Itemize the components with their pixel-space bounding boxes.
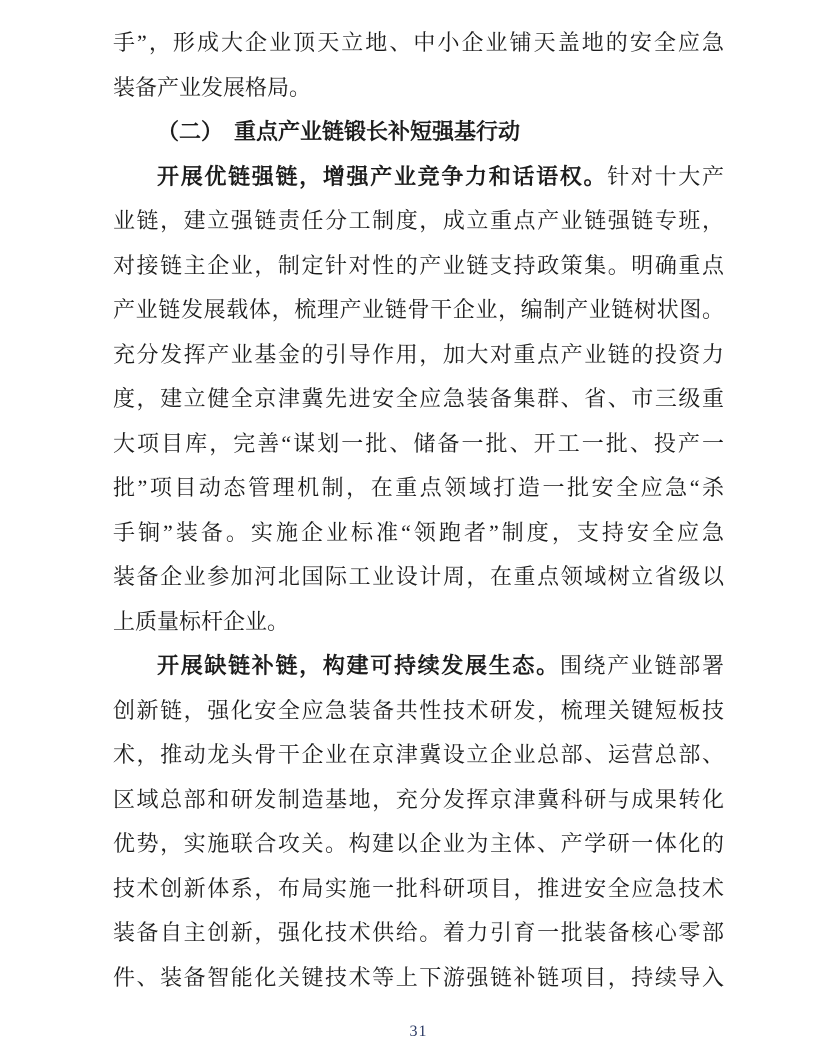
text-line: 技术创新体系，布局实施一批科研项目，推进安全应急技术 <box>113 867 724 912</box>
body-text: 优势，实施联合攻关。构建以企业为主体、产学研一体化的 <box>113 831 724 856</box>
body-text: 大项目库，完善“谋划一批、储备一批、开工一批、投产一 <box>113 431 724 456</box>
document-lines: 手”，形成大企业顶天立地、中小企业铺天盖地的安全应急装备产业发展格局。（二） 重… <box>113 21 724 1000</box>
body-text: 批”项目动态管理机制，在重点领域打造一批安全应急“杀 <box>113 475 724 500</box>
text-line: 充分发挥产业基金的引导作用，加大对重点产业链的投资力 <box>113 333 724 378</box>
text-line: 业链，建立强链责任分工制度，成立重点产业链强链专班， <box>113 199 724 244</box>
text-line: （二） 重点产业链锻长补短强基行动 <box>113 110 724 155</box>
body-text: 创新链，强化安全应急装备共性技术研发，梳理关键短板技 <box>113 698 724 723</box>
body-text: 围绕产业链部署 <box>560 653 724 678</box>
body-text: 术，推动龙头骨干企业在京津冀设立企业总部、运营总部、 <box>113 742 724 767</box>
text-line: 手”，形成大企业顶天立地、中小企业铺天盖地的安全应急 <box>113 21 724 66</box>
body-text: 产业链发展载体，梳理产业链骨干企业，编制产业链树状图。 <box>113 297 724 322</box>
text-line: 件、装备智能化关键技术等上下游强链补链项目，持续导入 <box>113 956 724 1001</box>
body-text: 装备自主创新，强化技术供给。着力引育一批装备核心零部 <box>113 920 724 945</box>
text-line: 开展优链强链，增强产业竞争力和话语权。针对十大产 <box>113 155 724 200</box>
text-line: 度，建立健全京津冀先进安全应急装备集群、省、市三级重 <box>113 377 724 422</box>
body-text: 上质量标杆企业。 <box>113 609 289 634</box>
text-line: 手锏”装备。实施企业标准“领跑者”制度，支持安全应急 <box>113 511 724 556</box>
text-line: 产业链发展载体，梳理产业链骨干企业，编制产业链树状图。 <box>113 288 724 333</box>
body-text: 区域总部和研发制造基地，充分发挥京津冀科研与成果转化 <box>113 787 724 812</box>
text-line: 区域总部和研发制造基地，充分发挥京津冀科研与成果转化 <box>113 778 724 823</box>
emphasis-text: 开展优链强链，增强产业竞争力和话语权。 <box>157 164 607 189</box>
body-text: 针对十大产 <box>607 164 724 189</box>
body-text: 技术创新体系，布局实施一批科研项目，推进安全应急技术 <box>113 876 724 901</box>
text-line: 装备企业参加河北国际工业设计周，在重点领域树立省级以 <box>113 555 724 600</box>
text-line: 对接链主企业，制定针对性的产业链支持政策集。明确重点 <box>113 244 724 289</box>
text-line: 术，推动龙头骨干企业在京津冀设立企业总部、运营总部、 <box>113 733 724 778</box>
text-line: 创新链，强化安全应急装备共性技术研发，梳理关键短板技 <box>113 689 724 734</box>
body-text: 业链，建立强链责任分工制度，成立重点产业链强链专班， <box>113 208 724 233</box>
body-text: 度，建立健全京津冀先进安全应急装备集群、省、市三级重 <box>113 386 724 411</box>
document-page: 手”，形成大企业顶天立地、中小企业铺天盖地的安全应急装备产业发展格局。（二） 重… <box>0 0 837 1062</box>
text-line: 批”项目动态管理机制，在重点领域打造一批安全应急“杀 <box>113 466 724 511</box>
body-text: 充分发挥产业基金的引导作用，加大对重点产业链的投资力 <box>113 342 724 367</box>
body-text: 手锏”装备。实施企业标准“领跑者”制度，支持安全应急 <box>113 520 724 545</box>
text-line: 上质量标杆企业。 <box>113 600 724 645</box>
emphasis-text: （二） 重点产业链锻长补短强基行动 <box>157 119 520 144</box>
text-line: 开展缺链补链，构建可持续发展生态。围绕产业链部署 <box>113 644 724 689</box>
body-text: 件、装备智能化关键技术等上下游强链补链项目，持续导入 <box>113 965 724 990</box>
text-line: 装备产业发展格局。 <box>113 66 724 111</box>
text-line: 装备自主创新，强化技术供给。着力引育一批装备核心零部 <box>113 911 724 956</box>
text-line: 优势，实施联合攻关。构建以企业为主体、产学研一体化的 <box>113 822 724 867</box>
body-text: 装备产业发展格局。 <box>113 75 311 100</box>
body-text: 装备企业参加河北国际工业设计周，在重点领域树立省级以 <box>113 564 724 589</box>
body-text: 对接链主企业，制定针对性的产业链支持政策集。明确重点 <box>113 253 724 278</box>
body-text: 手”，形成大企业顶天立地、中小企业铺天盖地的安全应急 <box>113 30 724 55</box>
page-number: 31 <box>0 1023 837 1041</box>
text-line: 大项目库，完善“谋划一批、储备一批、开工一批、投产一 <box>113 422 724 467</box>
emphasis-text: 开展缺链补链，构建可持续发展生态。 <box>157 653 560 678</box>
